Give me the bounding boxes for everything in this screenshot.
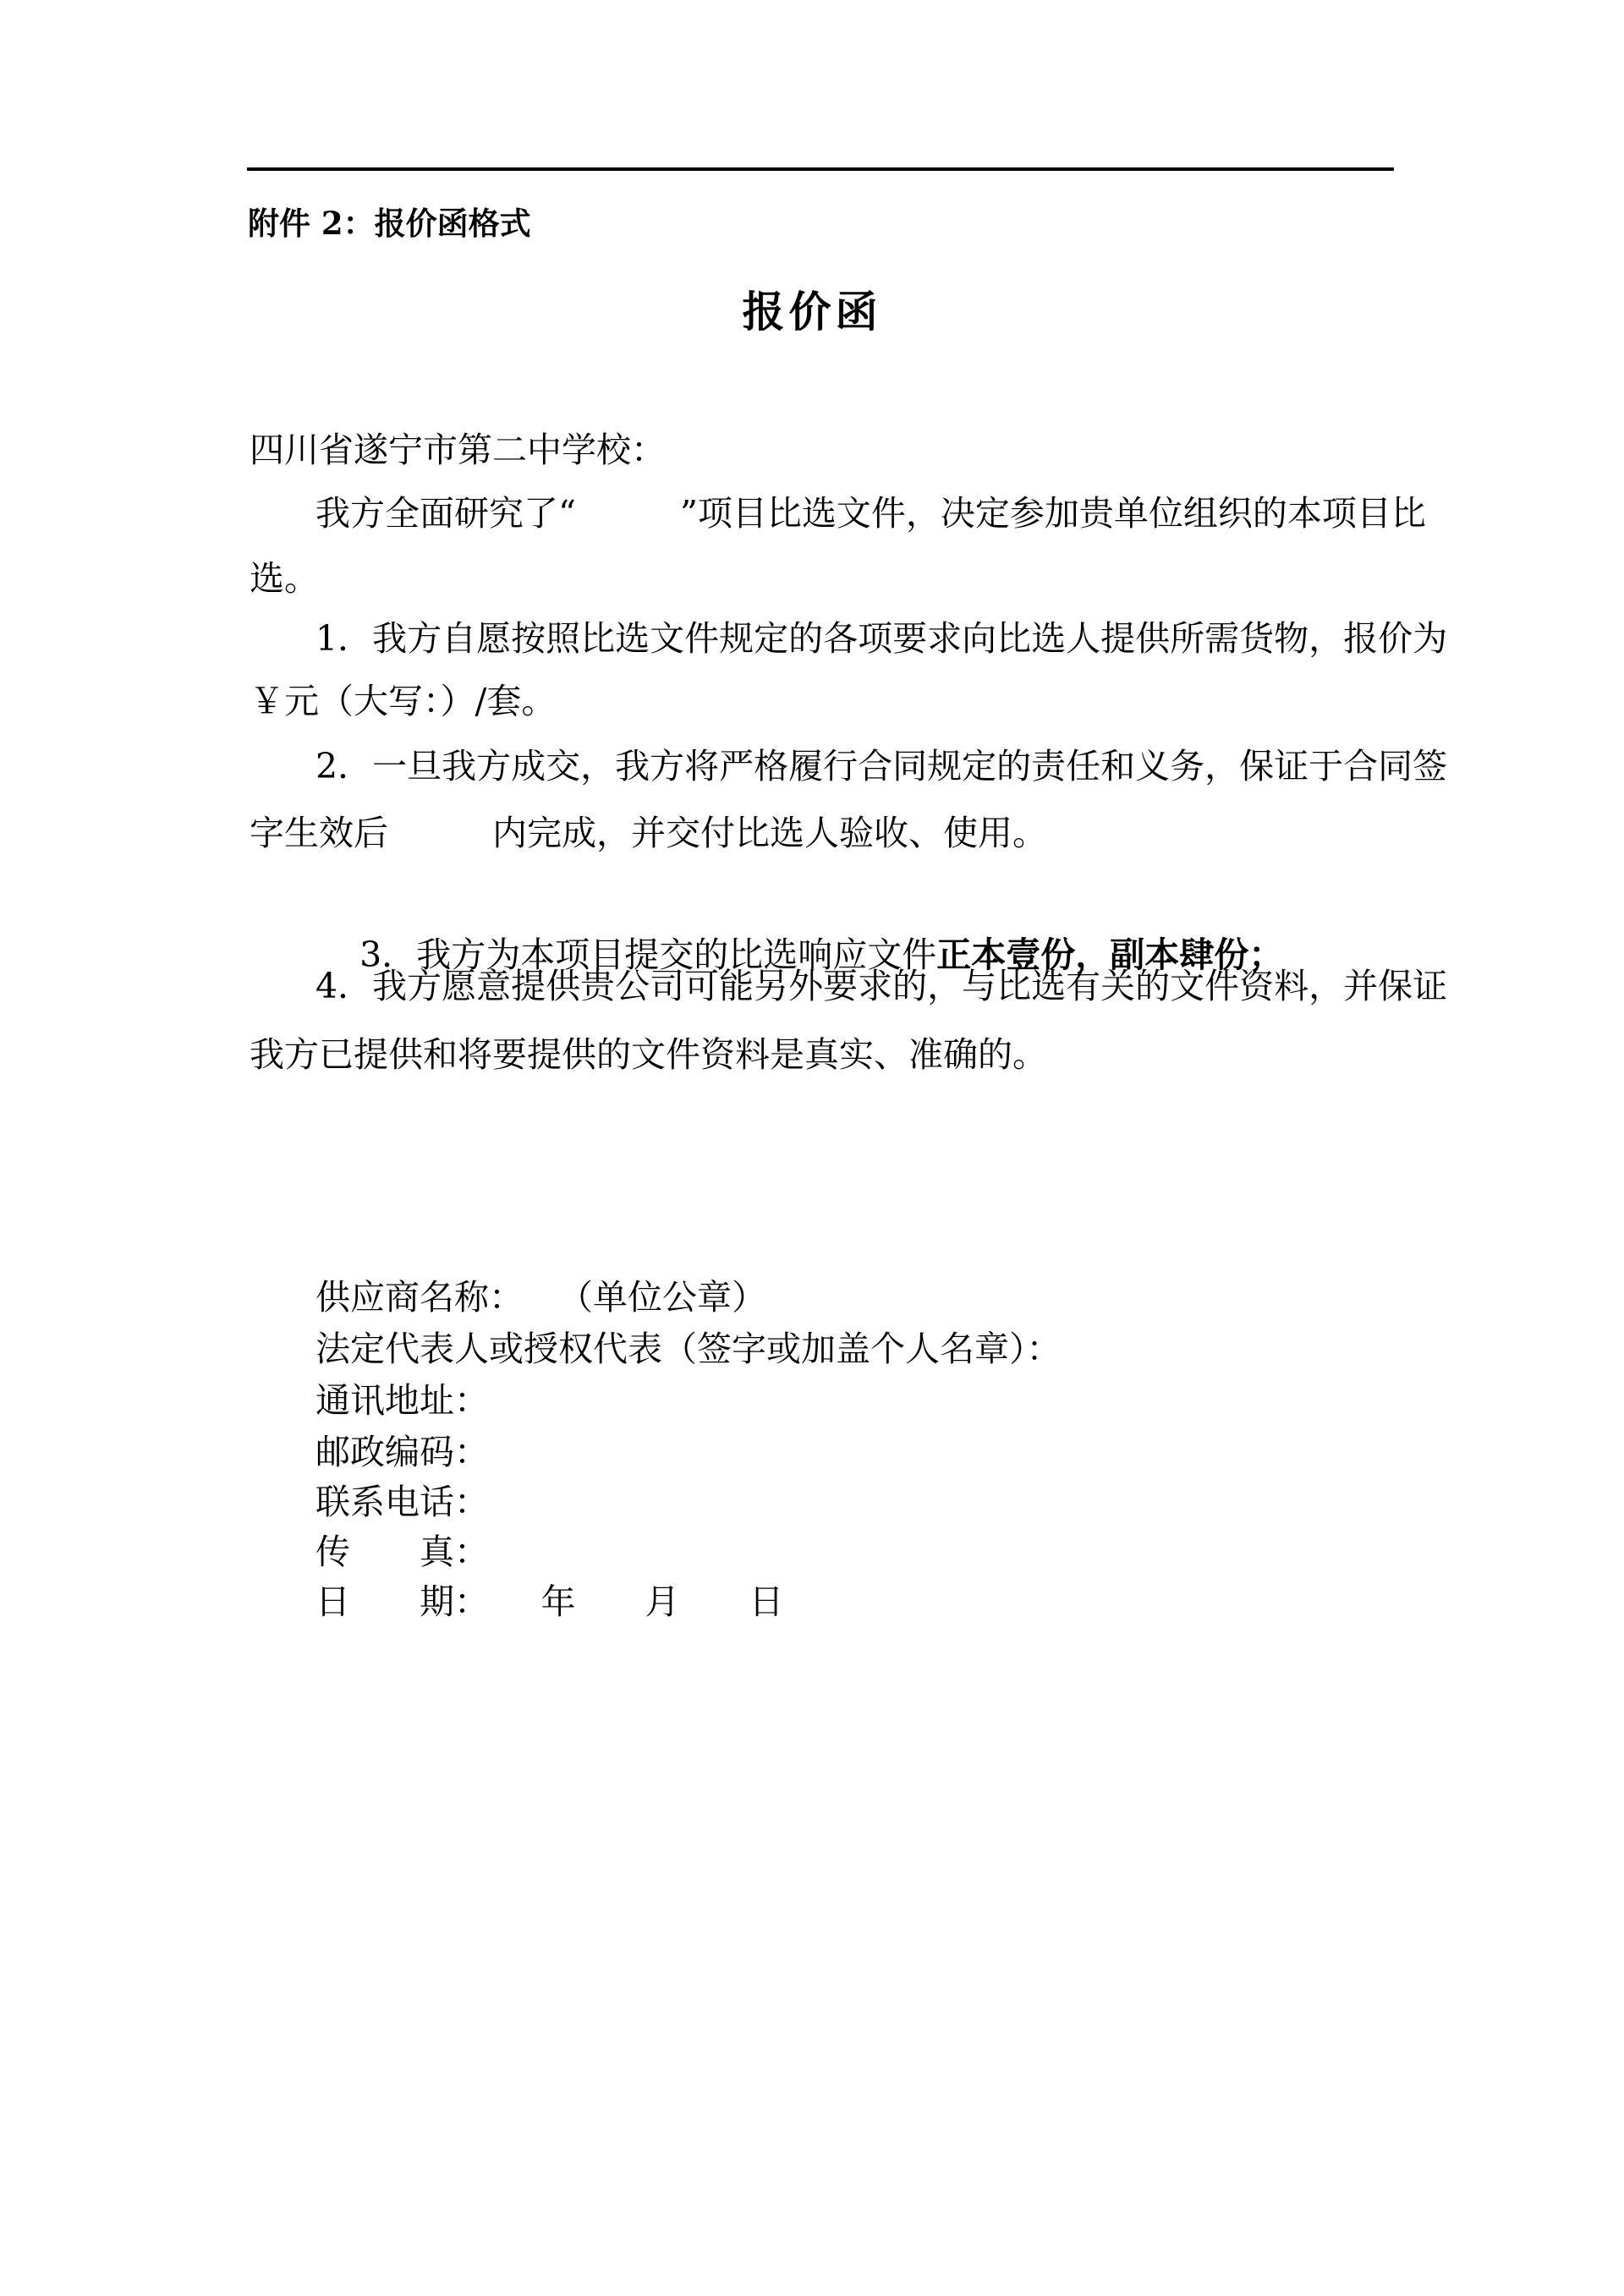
signature-supplier-name: 供应商名称： （单位公章） <box>315 1279 766 1317</box>
attachment-note: 附件 2：报价函格式 <box>248 208 531 239</box>
item2-line-1: 2．一旦我方成交，我方将严格履行合同规定的责任和义务，保证于合同签 <box>315 748 1447 786</box>
document-page: 附件 2：报价函格式 报价函 四川省遂宁市第二中学校： 我方全面研究了“ ”项目… <box>0 0 1624 2296</box>
item4-line-1: 4．我方愿意提供贵公司可能另外要求的，与比选有关的文件资料，并保证 <box>315 967 1447 1006</box>
header-divider-rule <box>247 167 1394 171</box>
item4-line-2: 我方已提供和将要提供的文件资料是真实、准确的。 <box>250 1036 1047 1074</box>
signature-date: 日 期： 年 月 日 <box>315 1583 784 1621</box>
item1-line-1: 1．我方自愿按照比选文件规定的各项要求向比选人提供所需货物，报价为 <box>315 620 1447 658</box>
item1-line-2: ￥元（大写：）/套。 <box>250 682 556 721</box>
intro-line-1: 我方全面研究了“ ”项目比选文件，决定参加贵单位组织的本项目比 <box>315 495 1426 533</box>
signature-address: 通讯地址： <box>315 1382 489 1420</box>
intro-line-2: 选。 <box>250 560 319 598</box>
signature-representative: 法定代表人或授权代表（签字或加盖个人名章）： <box>315 1330 1062 1368</box>
document-title: 报价函 <box>0 291 1624 333</box>
signature-fax: 传 真： <box>315 1533 489 1571</box>
signature-phone: 联系电话： <box>315 1483 489 1521</box>
salutation-line: 四川省遂宁市第二中学校： <box>250 431 666 469</box>
item2-line-2: 字生效后 内完成，并交付比选人验收、使用。 <box>250 814 1047 852</box>
signature-postal-code: 邮政编码： <box>315 1433 489 1471</box>
